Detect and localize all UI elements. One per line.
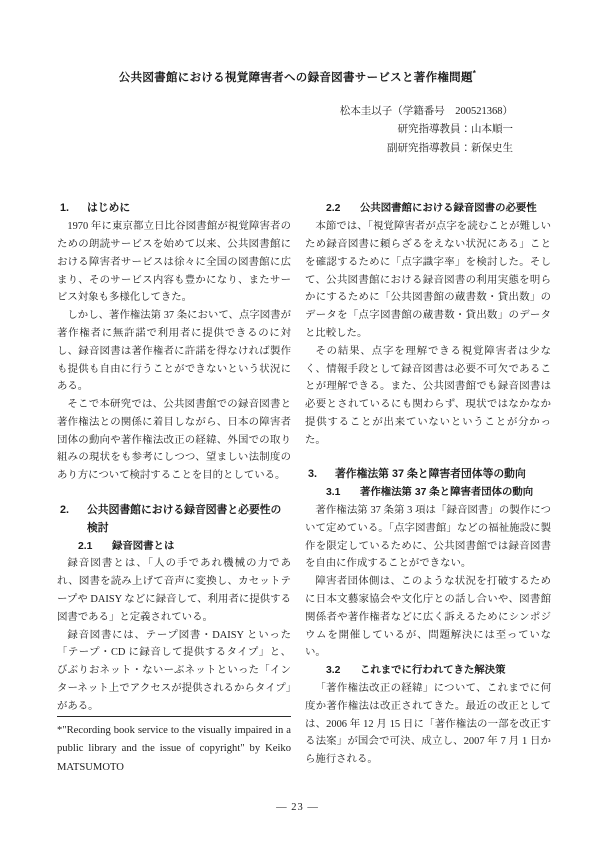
section-1-heading: 1. はじめに xyxy=(57,200,291,218)
section-3-2-title: これまでに行われてきた解決策 xyxy=(360,662,551,680)
section-2-1-heading: 2.1 録音図書とは xyxy=(57,538,291,556)
right-paragraph-1: 本節では、「視覚障害者が点字を読むことが難しいため録音図書に頼らざるをえない状況… xyxy=(305,218,551,343)
section-2-1-title: 録音図書とは xyxy=(112,538,291,556)
right-column: 2.2 公共図書館における録音図書の必要性 本節では、「視覚障害者が点字を読むこ… xyxy=(305,200,551,760)
two-column-body: 1. はじめに 1970 年に東京都立日比谷図書館が視覚障害者のための朗読サービ… xyxy=(0,200,595,760)
left-paragraph-4: 録音図書とは、「人の手であれ機械の力であれ、図書を読み上げて音声に変換し、カセッ… xyxy=(57,555,291,626)
section-3-1-heading: 3.1 著作権法第 37 条と障害者団体の動向 xyxy=(305,484,551,502)
section-2-heading: 2. 公共図書館における録音図書と必要性の検討 xyxy=(57,502,291,538)
right-paragraph-4: 障害者団体側は、このような状況を打破するために日本文藝家協会や文化庁との話し合い… xyxy=(305,573,551,662)
section-3-2-number: 3.2 xyxy=(326,662,360,680)
section-3-1-number: 3.1 xyxy=(326,484,360,502)
section-2-1-number: 2.1 xyxy=(78,538,112,556)
section-3-1-title: 著作権法第 37 条と障害者団体の動向 xyxy=(360,484,551,502)
page-number: — 23 — xyxy=(0,802,595,813)
left-paragraph-5: 録音図書には、テープ図書・DAISY といった「テープ・CD に録音して提供する… xyxy=(57,627,291,716)
paper-page: 公共図書館における視覚障害者への録音図書サービスと著作権問題* 松本圭以子（学籍… xyxy=(0,0,595,841)
section-1-number: 1. xyxy=(60,200,87,218)
left-paragraph-1: 1970 年に東京都立日比谷図書館が視覚障害者のための朗読サービスを始めて以来、… xyxy=(57,218,291,307)
author-block: 松本圭以子（学籍番号 200521368） 研究指導教員：山本順一 副研究指導教… xyxy=(0,103,595,159)
advisor-line: 研究指導教員：山本順一 xyxy=(0,121,513,140)
right-paragraph-3: 著作権法第 37 条第 3 項は「録音図書」の製作について定めている。「点字図書… xyxy=(305,502,551,573)
footnote: *"Recording book service to the visually… xyxy=(57,716,291,778)
left-column: 1. はじめに 1970 年に東京都立日比谷図書館が視覚障害者のための朗読サービ… xyxy=(57,200,291,760)
section-1-title: はじめに xyxy=(87,200,291,218)
author-line: 松本圭以子（学籍番号 200521368） xyxy=(0,103,513,122)
left-paragraph-2: しかし、著作権法第 37 条において、点字図書が著作権者に無許諾で利用者に提供で… xyxy=(57,307,291,396)
title-footnote-mark: * xyxy=(473,69,476,78)
section-2-2-number: 2.2 xyxy=(326,200,360,218)
section-3-number: 3. xyxy=(308,466,335,484)
right-paragraph-2: その結果、点字を理解できる視覚障害者は少なく、情報手段として録音図書は必要不可欠… xyxy=(305,343,551,450)
section-2-title: 公共図書館における録音図書と必要性の検討 xyxy=(87,502,291,538)
section-2-2-heading: 2.2 公共図書館における録音図書の必要性 xyxy=(305,200,551,218)
co-advisor-line: 副研究指導教員：新保史生 xyxy=(0,140,513,159)
section-3-heading: 3. 著作権法第 37 条と障害者団体等の動向 xyxy=(305,466,551,484)
section-2-2-title: 公共図書館における録音図書の必要性 xyxy=(360,200,551,218)
page-title: 公共図書館における視覚障害者への録音図書サービスと著作権問題 xyxy=(119,72,473,84)
section-3-2-heading: 3.2 これまでに行われてきた解決策 xyxy=(305,662,551,680)
footnote-text: *"Recording book service to the visually… xyxy=(57,722,291,778)
right-paragraph-5: 「著作権法改正の経緯」について、これまでに何度か著作権法は改正されてきた。最近の… xyxy=(305,680,551,769)
page-title-row: 公共図書館における視覚障害者への録音図書サービスと著作権問題* xyxy=(0,66,595,86)
section-3-title: 著作権法第 37 条と障害者団体等の動向 xyxy=(335,466,551,484)
section-2-number: 2. xyxy=(60,502,87,538)
left-paragraph-3: そこで本研究では、公共図書館での録音図書と著作権法との関係に着目しながら、日本の… xyxy=(57,396,291,485)
